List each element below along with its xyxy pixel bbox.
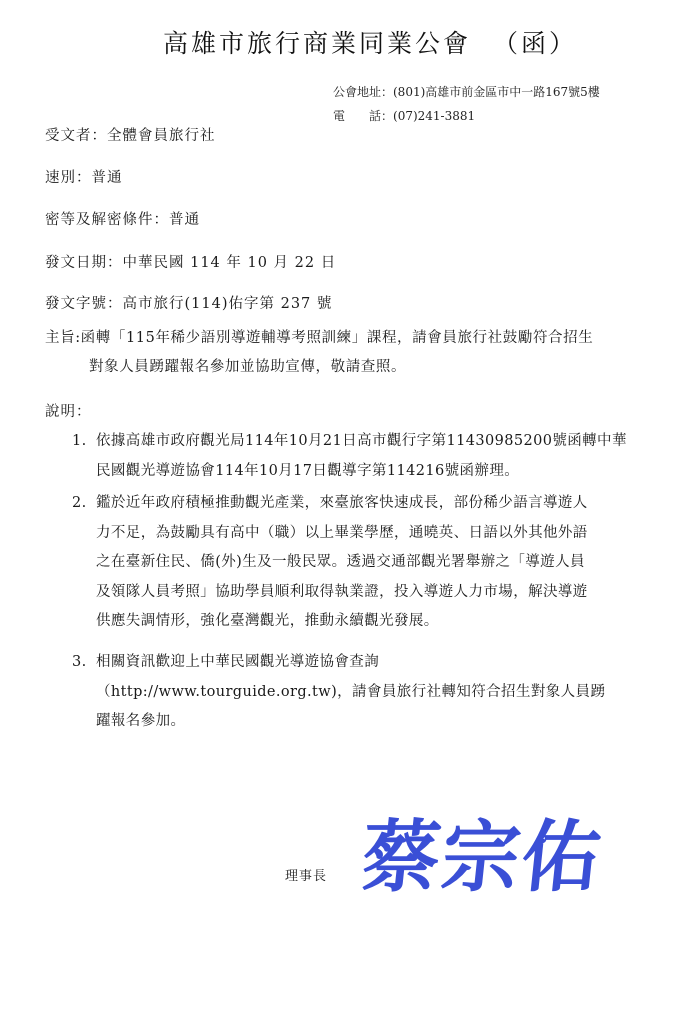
- item-number: 1.: [72, 427, 94, 457]
- org-name: 高雄市旅行商業同業公會: [163, 29, 471, 58]
- subject-line-1: 主旨:函轉「115年稀少語別導遊輔導考照訓練」課程，請會員旅行社鼓勵符合招生: [45, 330, 593, 346]
- subject-line-2: 對象人員踴躍報名參加並協助宣傳，敬請查照。: [45, 353, 675, 382]
- explanation-label: 說明：: [45, 400, 92, 421]
- item-text: 鑑於近年政府積極推動觀光產業，來臺旅客快速成長，部份稀少語言導遊人 力不足，為鼓…: [72, 489, 677, 637]
- item-line: 力不足，為鼓勵具有高中（職）以上畢業學歷，通曉英、日語以外其他外語: [96, 519, 677, 549]
- item-line: 之在臺新住民、僑(外)生及一般民眾。透過交通部觀光署舉辦之「導遊人員: [96, 548, 677, 578]
- issue-date-field: 發文日期：中華民國 114 年 10 月 22 日: [45, 251, 336, 272]
- item-line: 供應失調情形，強化臺灣觀光，推動永續觀光發展。: [96, 607, 677, 637]
- phone-line: 電 話：(07)241-3881: [333, 104, 600, 128]
- signature-stamp: 蔡宗佑: [357, 808, 608, 908]
- item-text: 依據高雄市政府觀光局114年10月21日高市觀行字第11430985200號函轉…: [72, 427, 677, 486]
- chairman-title: 理事長: [285, 865, 327, 884]
- letter-title: 高雄市旅行商業同業公會（函）: [163, 24, 577, 60]
- address-line: 公會地址：(801)高雄市前金區市中一路167號5樓: [333, 80, 600, 104]
- official-letter-page: 高雄市旅行商業同業公會（函） 公會地址：(801)高雄市前金區市中一路167號5…: [0, 0, 700, 1024]
- doc-type: （函）: [493, 29, 577, 58]
- item-line: 依據高雄市政府觀光局114年10月21日高市觀行字第11430985200號函轉…: [96, 427, 677, 457]
- item-line: 相關資訊歡迎上中華民國觀光導遊協會查詢: [96, 648, 677, 678]
- speed-field: 速別：普通: [45, 166, 123, 187]
- item-line: （http://www.tourguide.org.tw)，請會員旅行社轉知符合…: [96, 678, 677, 708]
- explanation-item-1: 1. 依據高雄市政府觀光局114年10月21日高市觀行字第11430985200…: [72, 427, 677, 486]
- item-text: 相關資訊歡迎上中華民國觀光導遊協會查詢 （http://www.tourguid…: [72, 648, 677, 737]
- phone-label: 電 話：: [333, 109, 393, 123]
- phone-number: (07)241-3881: [393, 109, 475, 123]
- contact-info: 公會地址：(801)高雄市前金區市中一路167號5樓 電 話：(07)241-3…: [333, 80, 600, 128]
- subject-block: 主旨:函轉「115年稀少語別導遊輔導考照訓練」課程，請會員旅行社鼓勵符合招生 對…: [45, 324, 675, 382]
- item-number: 2.: [72, 489, 94, 519]
- recipient-field: 受文者：全體會員旅行社: [45, 124, 216, 145]
- doc-number-field: 發文字號：高市旅行(114)佑字第 237 號: [45, 292, 332, 313]
- item-line: 躍報名參加。: [96, 707, 677, 737]
- explanation-item-2: 2. 鑑於近年政府積極推動觀光產業，來臺旅客快速成長，部份稀少語言導遊人 力不足…: [72, 489, 677, 637]
- item-line: 民國觀光導遊協會114年10月17日觀導字第114216號函辦理。: [96, 457, 677, 487]
- item-line: 鑑於近年政府積極推動觀光產業，來臺旅客快速成長，部份稀少語言導遊人: [96, 489, 677, 519]
- confidentiality-field: 密等及解密條件：普通: [45, 208, 200, 229]
- item-number: 3.: [72, 648, 94, 678]
- item-line: 及領隊人員考照」協助學員順利取得執業證，投入導遊人力市場，解決導遊: [96, 578, 677, 608]
- explanation-item-3: 3. 相關資訊歡迎上中華民國觀光導遊協會查詢 （http://www.tourg…: [72, 648, 677, 737]
